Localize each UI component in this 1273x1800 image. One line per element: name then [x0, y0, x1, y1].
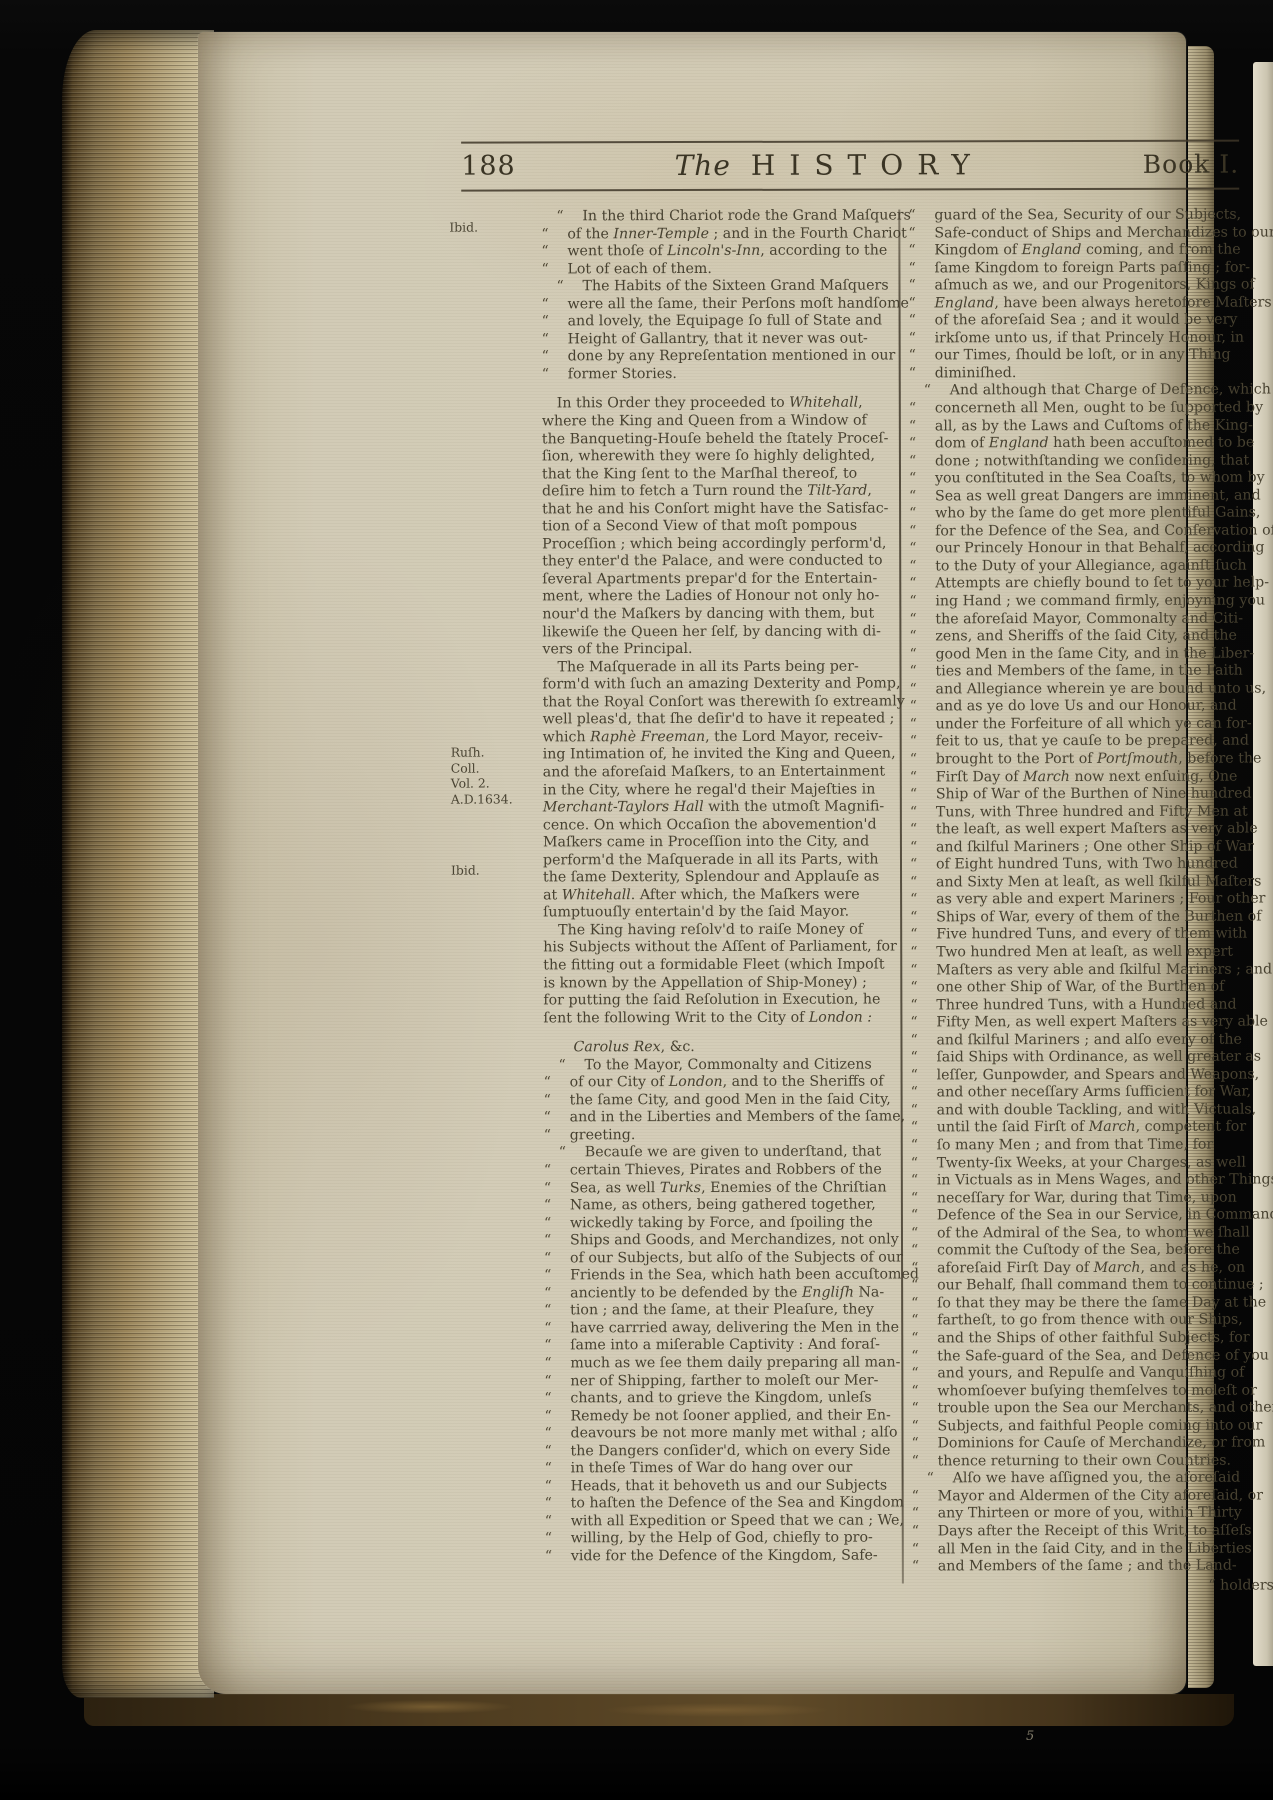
- paragraph: “And although that Charge of Defence, wh…: [909, 382, 1273, 1471]
- catchword: “ holders: [912, 1577, 1273, 1596]
- quote-mark: “: [909, 313, 935, 331]
- quote-mark: “: [908, 278, 934, 296]
- quote-mark: “: [909, 664, 935, 682]
- text-line: “of our Subjects, but alſo of the Subjec…: [544, 1249, 900, 1267]
- text-line: In this Order they proceeded to Whitehal…: [542, 395, 898, 413]
- quote-mark: “: [545, 1513, 571, 1531]
- text-line: “chants, and to grieve the Kingdom, unle…: [544, 1390, 900, 1408]
- quote-mark: “: [911, 1313, 937, 1331]
- quote-mark: “: [545, 1461, 571, 1479]
- text-line: The Maſquerade in all its Parts being pe…: [542, 658, 898, 676]
- quote-mark: “: [910, 1015, 936, 1033]
- quote-mark: “: [911, 1172, 937, 1190]
- text-line: cence. On which Occaſion the abovementio…: [543, 816, 899, 834]
- text-line: “were all the ſame, their Perſons moſt h…: [542, 295, 898, 313]
- quote-mark: “: [911, 1190, 937, 1208]
- quote-mark: “: [911, 1120, 937, 1138]
- text-line: “anciently to be defended by the Engliſh…: [544, 1284, 900, 1302]
- quote-mark: “: [544, 1303, 570, 1321]
- text-line: perform'd the Maſquerade in all its Part…: [543, 851, 899, 869]
- text-line: “our Princely Honour in that Behalf, acc…: [909, 540, 1273, 559]
- text-line: “thence returning to their own Countries…: [912, 1452, 1273, 1471]
- text-line: vers of the Principal.: [542, 641, 898, 659]
- text-line: “to haſten the Defence of the Sea and Ki…: [545, 1495, 901, 1513]
- quote-mark: “: [911, 1137, 937, 1155]
- text-line: “the Safe-guard of the Sea, and Defence …: [911, 1347, 1273, 1366]
- quote-mark: “: [544, 1338, 570, 1356]
- text-line: and the aforeſaid Maſkers, to an Enterta…: [543, 763, 899, 781]
- text-line: well pleas'd, that ſhe deſir'd to have i…: [543, 711, 899, 729]
- text-line: “ſame into a miſerable Captivity : And f…: [544, 1337, 900, 1355]
- quote-mark: “: [909, 453, 935, 471]
- corner-mark: 5: [1026, 1729, 1034, 1744]
- quote-mark: “: [927, 1471, 953, 1489]
- text-line: “Safe-conduct of Ships and Merchandizes …: [908, 224, 1273, 243]
- text-line: “as very able and expert Mariners ; Four…: [910, 891, 1273, 910]
- text-line: “our Behalf, ſhall command them to conti…: [911, 1277, 1273, 1296]
- text-line: “of our City of London, and to the Sheri…: [544, 1074, 900, 1092]
- text-line: ſion, wherewith they were ſo highly deli…: [542, 448, 898, 466]
- quote-mark: “: [542, 314, 568, 332]
- text-line: “for the Defence of the Sea, and Conſerv…: [909, 522, 1273, 541]
- quote-mark: “: [556, 208, 582, 226]
- text-line: “went thoſe of Lincoln's-Inn, according …: [541, 243, 897, 261]
- quote-mark: “: [910, 857, 936, 875]
- text-line: “ing Hand ; we command firmly, enjoyning…: [909, 592, 1273, 611]
- text-line: “the Dangers conſider'd, which on every …: [545, 1442, 901, 1460]
- text-line: “our Times, ſhould be loſt, or in any Th…: [909, 347, 1273, 366]
- quote-mark: “: [912, 1436, 938, 1454]
- text-line: “and ſkilful Mariners ; One other Ship o…: [910, 838, 1273, 857]
- quote-mark: “: [908, 207, 934, 225]
- quote-mark: “: [924, 383, 950, 401]
- text-line: “Twenty-ſix Weeks, at your Charges, as w…: [911, 1154, 1273, 1173]
- text-line: ſumptuouſly entertain'd by the ſaid Mayo…: [543, 904, 899, 922]
- text-line: his Subjects without the Aſſent of Parli…: [543, 939, 899, 957]
- text-line: “ſo many Men ; and from that Time, for: [911, 1136, 1273, 1155]
- quote-mark: “: [542, 296, 568, 314]
- text-line: “Days after the Receipt of this Writ, to…: [912, 1522, 1273, 1541]
- quote-mark: “: [908, 225, 934, 243]
- text-line: “greeting.: [544, 1126, 900, 1144]
- text-line: Merchant-Taylors Hall with the utmoſt Ma…: [543, 799, 899, 817]
- text-line: “much as we ſee them daily preparing all…: [544, 1354, 900, 1372]
- quote-mark: “: [910, 892, 936, 910]
- running-title: TheHISTORY: [516, 148, 1143, 183]
- quote-mark: “: [911, 1225, 937, 1243]
- text-line: “Name, as others, being gathered togethe…: [544, 1197, 900, 1215]
- quote-mark: “: [544, 1408, 570, 1426]
- text-line: “wickedly taking by Force, and ſpoiling …: [544, 1214, 900, 1232]
- text-line: “leſſer, Gunpowder, and Spears and Weapo…: [911, 1066, 1273, 1085]
- paragraph: The King having reſolv'd to raiſe Money …: [543, 921, 899, 1027]
- text-line: “Maſters as very able and ſkilful Marine…: [910, 961, 1273, 980]
- paragraph: “guard of the Sea, Security of our Subje…: [908, 206, 1273, 382]
- text-line: “and Sixty Men at leaſt, as well ſkilful…: [910, 873, 1273, 892]
- paragraph: “In the third Chariot rode the Grand Maſ…: [541, 207, 897, 383]
- text-line: Carolus Rex, &c.: [543, 1039, 899, 1057]
- quote-mark: “: [909, 435, 935, 453]
- text-line: in the City, where he regal'd their Maje…: [543, 781, 899, 799]
- text-line: “In the third Chariot rode the Grand Maſ…: [541, 207, 897, 225]
- quote-mark: “: [909, 365, 935, 383]
- text-line: “zens, and Sheriffs of the ſaid City, an…: [909, 628, 1273, 647]
- margin-note: Ruſh.Coll.Vol. 2.A.D.1634.: [451, 744, 513, 806]
- quote-mark: “: [910, 927, 936, 945]
- text-line: that the King ſent to the Marſhal thereo…: [542, 465, 898, 483]
- quote-mark: “: [911, 1401, 937, 1419]
- quote-mark: “: [544, 1075, 570, 1093]
- text-line: Proceſſion ; which being accordingly per…: [542, 535, 898, 553]
- text-line: at Whitehall. After which, the Maſkers w…: [543, 886, 899, 904]
- text-line: “in theſe Times of War do hang over our: [545, 1460, 901, 1478]
- margin-note-line: Coll.: [451, 760, 513, 776]
- text-line: the fitting out a formidable Fleet (whic…: [543, 956, 899, 974]
- text-line: “of Eight hundred Tuns, with Two hundred: [910, 856, 1273, 875]
- text-line: “good Men in the ſame City, and in the L…: [909, 645, 1273, 664]
- column-left: “In the third Chariot rode the Grand Maſ…: [541, 207, 901, 1565]
- text-line: “Friends in the Sea, which hath been acc…: [544, 1267, 900, 1285]
- column-right: “guard of the Sea, Security of our Subje…: [908, 206, 1273, 1595]
- margin-note: Ibid.: [451, 863, 480, 879]
- quote-mark: “: [545, 1531, 571, 1549]
- text-line: “Sea as well great Dangers are imminent,…: [909, 487, 1273, 506]
- text-line: “Alſo we have aſſigned you, the aforeſai…: [912, 1470, 1273, 1489]
- paragraph: “Becauſe we are given to underſtand, tha…: [544, 1144, 901, 1566]
- text-line: “England, have been always heretofore Ma…: [909, 294, 1273, 313]
- paragraph: “To the Mayor, Commonalty and Citizens“o…: [544, 1056, 900, 1145]
- margin-note-line: A.D.1634.: [451, 791, 513, 807]
- text-line: Maſkers came in Proceſſion into the City…: [543, 834, 899, 852]
- quote-mark: “: [544, 1390, 570, 1408]
- quote-mark: “: [911, 1330, 937, 1348]
- quote-mark: “: [909, 348, 935, 366]
- text-line: “Five hundred Tuns, and every of them wi…: [910, 926, 1273, 945]
- quote-mark: “: [544, 1162, 570, 1180]
- quote-mark: “: [911, 1102, 937, 1120]
- quote-mark: “: [911, 1365, 937, 1383]
- book-cover-board: [84, 1694, 1234, 1726]
- book-label: Book I.: [1143, 150, 1239, 179]
- text-line: “brought to the Port of Portſmouth, befo…: [910, 750, 1273, 769]
- quote-mark: “: [544, 1426, 570, 1444]
- text-line: “dom of England hath been accuſtomed to …: [909, 435, 1273, 454]
- text-line: ſeveral Apartments prepar'd for the Ente…: [542, 570, 898, 588]
- quote-mark: “: [544, 1127, 570, 1145]
- text-line: “Remedy be not ſooner applied, and their…: [544, 1407, 900, 1425]
- quote-mark: “: [910, 681, 936, 699]
- text-line: “and the Ships of other faithful Subject…: [911, 1329, 1273, 1348]
- text-line: they enter'd the Palace, and were conduc…: [542, 553, 898, 571]
- text-line: tion of a Second View of that moſt pompo…: [542, 518, 898, 536]
- quote-mark: “: [909, 593, 935, 611]
- text-line: “diminiſhed.: [909, 364, 1273, 383]
- text-line: “fartheſt, to go from thence with our Sh…: [911, 1312, 1273, 1331]
- text-line: ment, where the Ladies of Honour not onl…: [542, 588, 898, 606]
- quote-mark: “: [544, 1092, 570, 1110]
- text-line: which Raphè Freeman, the Lord Mayor, rec…: [543, 728, 899, 746]
- text-line: “of the Inner-Temple ; and in the Fourth…: [541, 225, 897, 243]
- text-line: “whomſoever buſying themſelves to moleſt…: [911, 1382, 1273, 1401]
- text-line: “Subjects, and faithful People coming in…: [911, 1417, 1273, 1436]
- quote-mark: “: [908, 260, 934, 278]
- text-line: “and in the Liberties and Members of the…: [544, 1109, 900, 1127]
- quote-mark: “: [911, 1278, 937, 1296]
- text-line: “Three hundred Tuns, with a Hundred and: [910, 996, 1273, 1015]
- text-line: “trouble upon the Sea our Merchants, and…: [911, 1400, 1273, 1419]
- text-line: “ſo that they may be there the ſame Day …: [911, 1294, 1273, 1313]
- text-line: “and yours, and Repulſe and Vanquiſhing …: [911, 1365, 1273, 1384]
- text-line: “Kingdom of England coming, and from the: [908, 242, 1273, 261]
- text-line: “tion ; and the ſame, at their Pleaſure,…: [544, 1302, 900, 1320]
- text-line: “ſaid Ships with Ordinance, as well grea…: [910, 1049, 1273, 1068]
- page-content: 188 TheHISTORY Book I. Ibid.Ruſh.Coll.Vo…: [196, 31, 1188, 1696]
- text-line: ing Intimation of, he invited the King a…: [543, 746, 899, 764]
- quote-mark: “: [910, 716, 936, 734]
- text-line: “one other Ship of War, of the Burthen o…: [910, 979, 1273, 998]
- text-line: “the ſame City, and good Men in the ſaid…: [544, 1091, 900, 1109]
- paragraph: The Maſquerade in all its Parts being pe…: [542, 658, 899, 922]
- quote-mark: “: [912, 1523, 938, 1541]
- text-line: likewiſe the Queen her ſelf, by dancing …: [542, 623, 898, 641]
- text-line: “ties and Members of the ſame, in the Fa…: [909, 663, 1273, 682]
- text-line: “of the Admiral of the Sea, to whom we ſ…: [911, 1224, 1273, 1243]
- text-line: “who by the ſame do get more plentiful G…: [909, 505, 1273, 524]
- text-line: “all Men in the ſaid City, and in the Li…: [912, 1540, 1273, 1559]
- text-line: “to the Duty of your Allegiance, againſt…: [909, 557, 1273, 576]
- text-line: “and lovely, the Equipage ſo full of Sta…: [542, 313, 898, 331]
- text-line: “you conſtituted in the Sea Coaſts, to w…: [909, 470, 1273, 489]
- text-line: “and other neceſſary Arms ſufficient for…: [911, 1084, 1273, 1103]
- text-line: “the aforeſaid Mayor, Commonalty and Cit…: [909, 610, 1273, 629]
- text-line: “Fifty Men, as well expert Maſters as ve…: [910, 1014, 1273, 1033]
- quote-mark: “: [544, 1250, 570, 1268]
- margin-note-line: Ibid.: [451, 863, 480, 879]
- quote-mark: “: [541, 226, 567, 244]
- text-line: “the leaſt, as well expert Maſters as ve…: [910, 821, 1273, 840]
- text-line: “of the aforeſaid Sea ; and it would be …: [909, 312, 1273, 331]
- quote-mark: “: [909, 295, 935, 313]
- running-title-history: HISTORY: [751, 148, 984, 182]
- quote-mark: “: [910, 786, 936, 804]
- book-fore-edge-pages: [62, 30, 214, 1698]
- quote-mark: “: [909, 418, 935, 436]
- quote-mark: “: [912, 1488, 938, 1506]
- quote-mark: “: [910, 804, 936, 822]
- text-line: “Ship of War of the Burthen of Nine hund…: [910, 786, 1273, 805]
- quote-mark: “: [910, 979, 936, 997]
- quote-mark: “: [559, 1145, 585, 1163]
- quote-mark: “: [909, 628, 935, 646]
- text-line: “former Stories.: [542, 365, 898, 383]
- text-line: “Tuns, with Three hundred and Fifty Men …: [910, 803, 1273, 822]
- text-line: “guard of the Sea, Security of our Subje…: [908, 206, 1273, 225]
- quote-mark: “: [544, 1110, 570, 1128]
- text-line: “neceſſary for War, during that Time, up…: [911, 1189, 1273, 1208]
- quote-mark: “: [542, 331, 568, 349]
- text-line: “in Victuals as in Mens Wages, and other…: [911, 1172, 1273, 1191]
- quote-mark: “: [910, 699, 936, 717]
- quote-mark: “: [910, 822, 936, 840]
- quote-mark: “: [911, 1348, 937, 1366]
- quote-mark: “: [544, 1285, 570, 1303]
- quote-mark: “: [909, 488, 935, 506]
- quote-mark: “: [910, 997, 936, 1015]
- text-line: “The Habits of the Sixteen Grand Maſquer…: [541, 278, 897, 296]
- page-number: 188: [461, 150, 516, 181]
- quote-mark: “: [911, 1067, 937, 1085]
- quote-mark: “: [910, 909, 936, 927]
- text-line: “have carrried away, delivering the Men …: [544, 1319, 900, 1337]
- text-line: “Becauſe we are given to underſtand, tha…: [544, 1144, 900, 1162]
- quote-mark: “: [910, 1050, 936, 1068]
- quote-mark: “: [911, 1208, 937, 1226]
- quote-mark: “: [909, 541, 935, 559]
- quote-mark: “: [909, 400, 935, 418]
- quote-mark: “: [545, 1496, 571, 1514]
- text-line: “and with double Tackling, and with Vict…: [911, 1101, 1273, 1120]
- quote-mark: “: [911, 1085, 937, 1103]
- text-line: form'd with ſuch an amazing Dexterity an…: [543, 676, 899, 694]
- text-line: “done ; notwithſtanding we conſidering, …: [909, 452, 1273, 471]
- text-line: “Height of Gallantry, that it never was …: [542, 330, 898, 348]
- text-line: “Ships of War, every of them of the Burt…: [910, 908, 1273, 927]
- text-line: “Ships and Goods, and Merchandizes, not …: [544, 1232, 900, 1250]
- quote-mark: “: [909, 330, 935, 348]
- paragraph: Carolus Rex, &c.: [543, 1039, 899, 1057]
- quote-mark: “: [544, 1215, 570, 1233]
- text-line: “Attempts are chiefly bound to ſet to yo…: [909, 575, 1273, 594]
- quote-mark: “: [909, 471, 935, 489]
- text-line: “vide for the Defence of the Kingdom, Sa…: [545, 1547, 901, 1565]
- text-line: The King having reſolv'd to raiſe Money …: [543, 921, 899, 939]
- quote-mark: “: [544, 1268, 570, 1286]
- quote-mark: “: [910, 751, 936, 769]
- quote-mark: “: [542, 349, 568, 367]
- quote-mark: “: [909, 506, 935, 524]
- text-line: “irkſome unto us, if that Princely Honou…: [909, 329, 1273, 348]
- text-line: the Banqueting-Houſe beheld the ſtately …: [542, 430, 898, 448]
- paragraph: In this Order they proceeded to Whitehal…: [542, 395, 899, 659]
- quote-mark: “: [544, 1320, 570, 1338]
- text-line: “any Thirteen or more of you, within Thi…: [912, 1505, 1273, 1524]
- quote-mark: “: [911, 1155, 937, 1173]
- text-line: “Defence of the Sea in our Service, in C…: [911, 1207, 1273, 1226]
- text-line: “deavours be not more manly met withal ;…: [544, 1425, 900, 1443]
- quote-mark: “: [911, 1418, 937, 1436]
- quote-mark: “: [912, 1453, 938, 1471]
- running-title-the: The: [675, 149, 731, 182]
- quote-mark: “: [910, 874, 936, 892]
- quote-mark: “: [910, 769, 936, 787]
- text-line: “Dominions for Cauſe of Merchandize, or …: [912, 1435, 1273, 1454]
- text-line: “ner of Shipping, farther to moleſt our …: [544, 1372, 900, 1390]
- text-line: “Lot of each of them.: [541, 260, 897, 278]
- quote-mark: “: [559, 1057, 585, 1075]
- text-line: “certain Thieves, Pirates and Robbers of…: [544, 1161, 900, 1179]
- quote-mark: “: [544, 1197, 570, 1215]
- quote-mark: “: [545, 1443, 571, 1461]
- quote-mark: “: [911, 1383, 937, 1401]
- text-line: the ſame Dexterity, Splendour and Applau…: [543, 869, 899, 887]
- text-line: “ſame Kingdom to foreign Parts paſſing ;…: [908, 259, 1273, 278]
- text-line: “all, as by the Laws and Cuſtoms of the …: [909, 417, 1273, 436]
- quote-mark: “: [541, 243, 567, 261]
- quote-mark: “: [544, 1355, 570, 1373]
- quote-mark: “: [910, 944, 936, 962]
- text-line: “with all Expedition or Speed that we ca…: [545, 1512, 901, 1530]
- text-line: “feit to us, that ye cauſe to be prepare…: [910, 733, 1273, 752]
- text-line: “Mayor and Aldermen of the City aforeſai…: [912, 1487, 1273, 1506]
- quote-mark: “: [541, 261, 567, 279]
- quote-mark: “: [910, 839, 936, 857]
- quote-mark: “: [908, 242, 934, 260]
- text-line: “Firſt Day of March now next enſuing, On…: [910, 768, 1273, 787]
- quote-mark: “: [910, 962, 936, 980]
- quote-mark: “: [909, 576, 935, 594]
- quote-mark: “: [544, 1232, 570, 1250]
- text-line: “under the Forfeiture of all which ye ca…: [910, 715, 1273, 734]
- quote-mark: “: [909, 523, 935, 541]
- quote-mark: “: [911, 1243, 937, 1261]
- text-line: where the King and Queen from a Window o…: [542, 412, 898, 430]
- quote-mark: “: [545, 1478, 571, 1496]
- book-page: 188 TheHISTORY Book I. Ibid.Ruſh.Coll.Vo…: [198, 32, 1186, 1694]
- text-line: “Two hundred Men at leaſt, as well exper…: [910, 943, 1273, 962]
- quote-mark: “: [545, 1548, 571, 1566]
- text-line: “until the ſaid Firſt of March, competen…: [911, 1119, 1273, 1138]
- text-line: “done by any Repreſentation mentioned in…: [542, 348, 898, 366]
- quote-mark: “: [909, 646, 935, 664]
- quote-mark: “: [912, 1558, 938, 1576]
- text-line: deſire him to fetch a Turn round the Til…: [542, 483, 898, 501]
- text-line: “Sea, as well Turks, Enemies of the Chri…: [544, 1179, 900, 1197]
- text-line: “and Allegiance wherein ye are bound unt…: [910, 680, 1273, 699]
- quote-mark: “: [910, 1032, 936, 1050]
- quote-mark: “: [556, 278, 582, 296]
- quote-mark: “: [912, 1506, 938, 1524]
- quote-mark: “: [909, 558, 935, 576]
- quote-mark: “: [911, 1260, 937, 1278]
- text-line: for putting the ſaid Reſolution in Execu…: [543, 992, 899, 1010]
- text-line: nour'd the Maſkers by dancing with them,…: [542, 605, 898, 623]
- text-line: “commit the Cuſtody of the Sea, before t…: [911, 1242, 1273, 1261]
- page-header: 188 TheHISTORY Book I.: [461, 142, 1239, 189]
- text-line: ſent the following Writ to the City of L…: [543, 1009, 899, 1027]
- quote-mark: “: [910, 734, 936, 752]
- text-line: “concerneth all Men, ought to be ſupport…: [909, 399, 1273, 418]
- margin-note: Ibid.: [449, 220, 478, 236]
- text-line: “To the Mayor, Commonalty and Citizens: [544, 1056, 900, 1074]
- quote-mark: “: [912, 1541, 938, 1559]
- text-line: is known by the Appellation of Ship-Mone…: [543, 974, 899, 992]
- margin-note-line: Ruſh.: [451, 744, 513, 760]
- quote-mark: “: [542, 366, 568, 384]
- quote-mark: “: [909, 611, 935, 629]
- quote-mark: “: [544, 1373, 570, 1391]
- text-line: “and Members of the ſame ; and the Land-: [912, 1558, 1273, 1577]
- quote-mark: “: [544, 1180, 570, 1198]
- text-line: “And although that Charge of Defence, wh…: [909, 382, 1273, 401]
- margin-note-line: Ibid.: [449, 220, 478, 236]
- margin-note-line: Vol. 2.: [451, 775, 513, 791]
- text-line: “aſmuch as we, and our Progenitors, King…: [908, 277, 1273, 296]
- quote-mark: “: [911, 1295, 937, 1313]
- text-line: that he and his Conſort might have the S…: [542, 500, 898, 518]
- text-line: “aforeſaid Firſt Day of March, and as he…: [911, 1259, 1273, 1278]
- text-line: “willing, by the Help of God, chiefly to…: [545, 1530, 901, 1548]
- text-line: that the Royal Conſort was therewith ſo …: [543, 693, 899, 711]
